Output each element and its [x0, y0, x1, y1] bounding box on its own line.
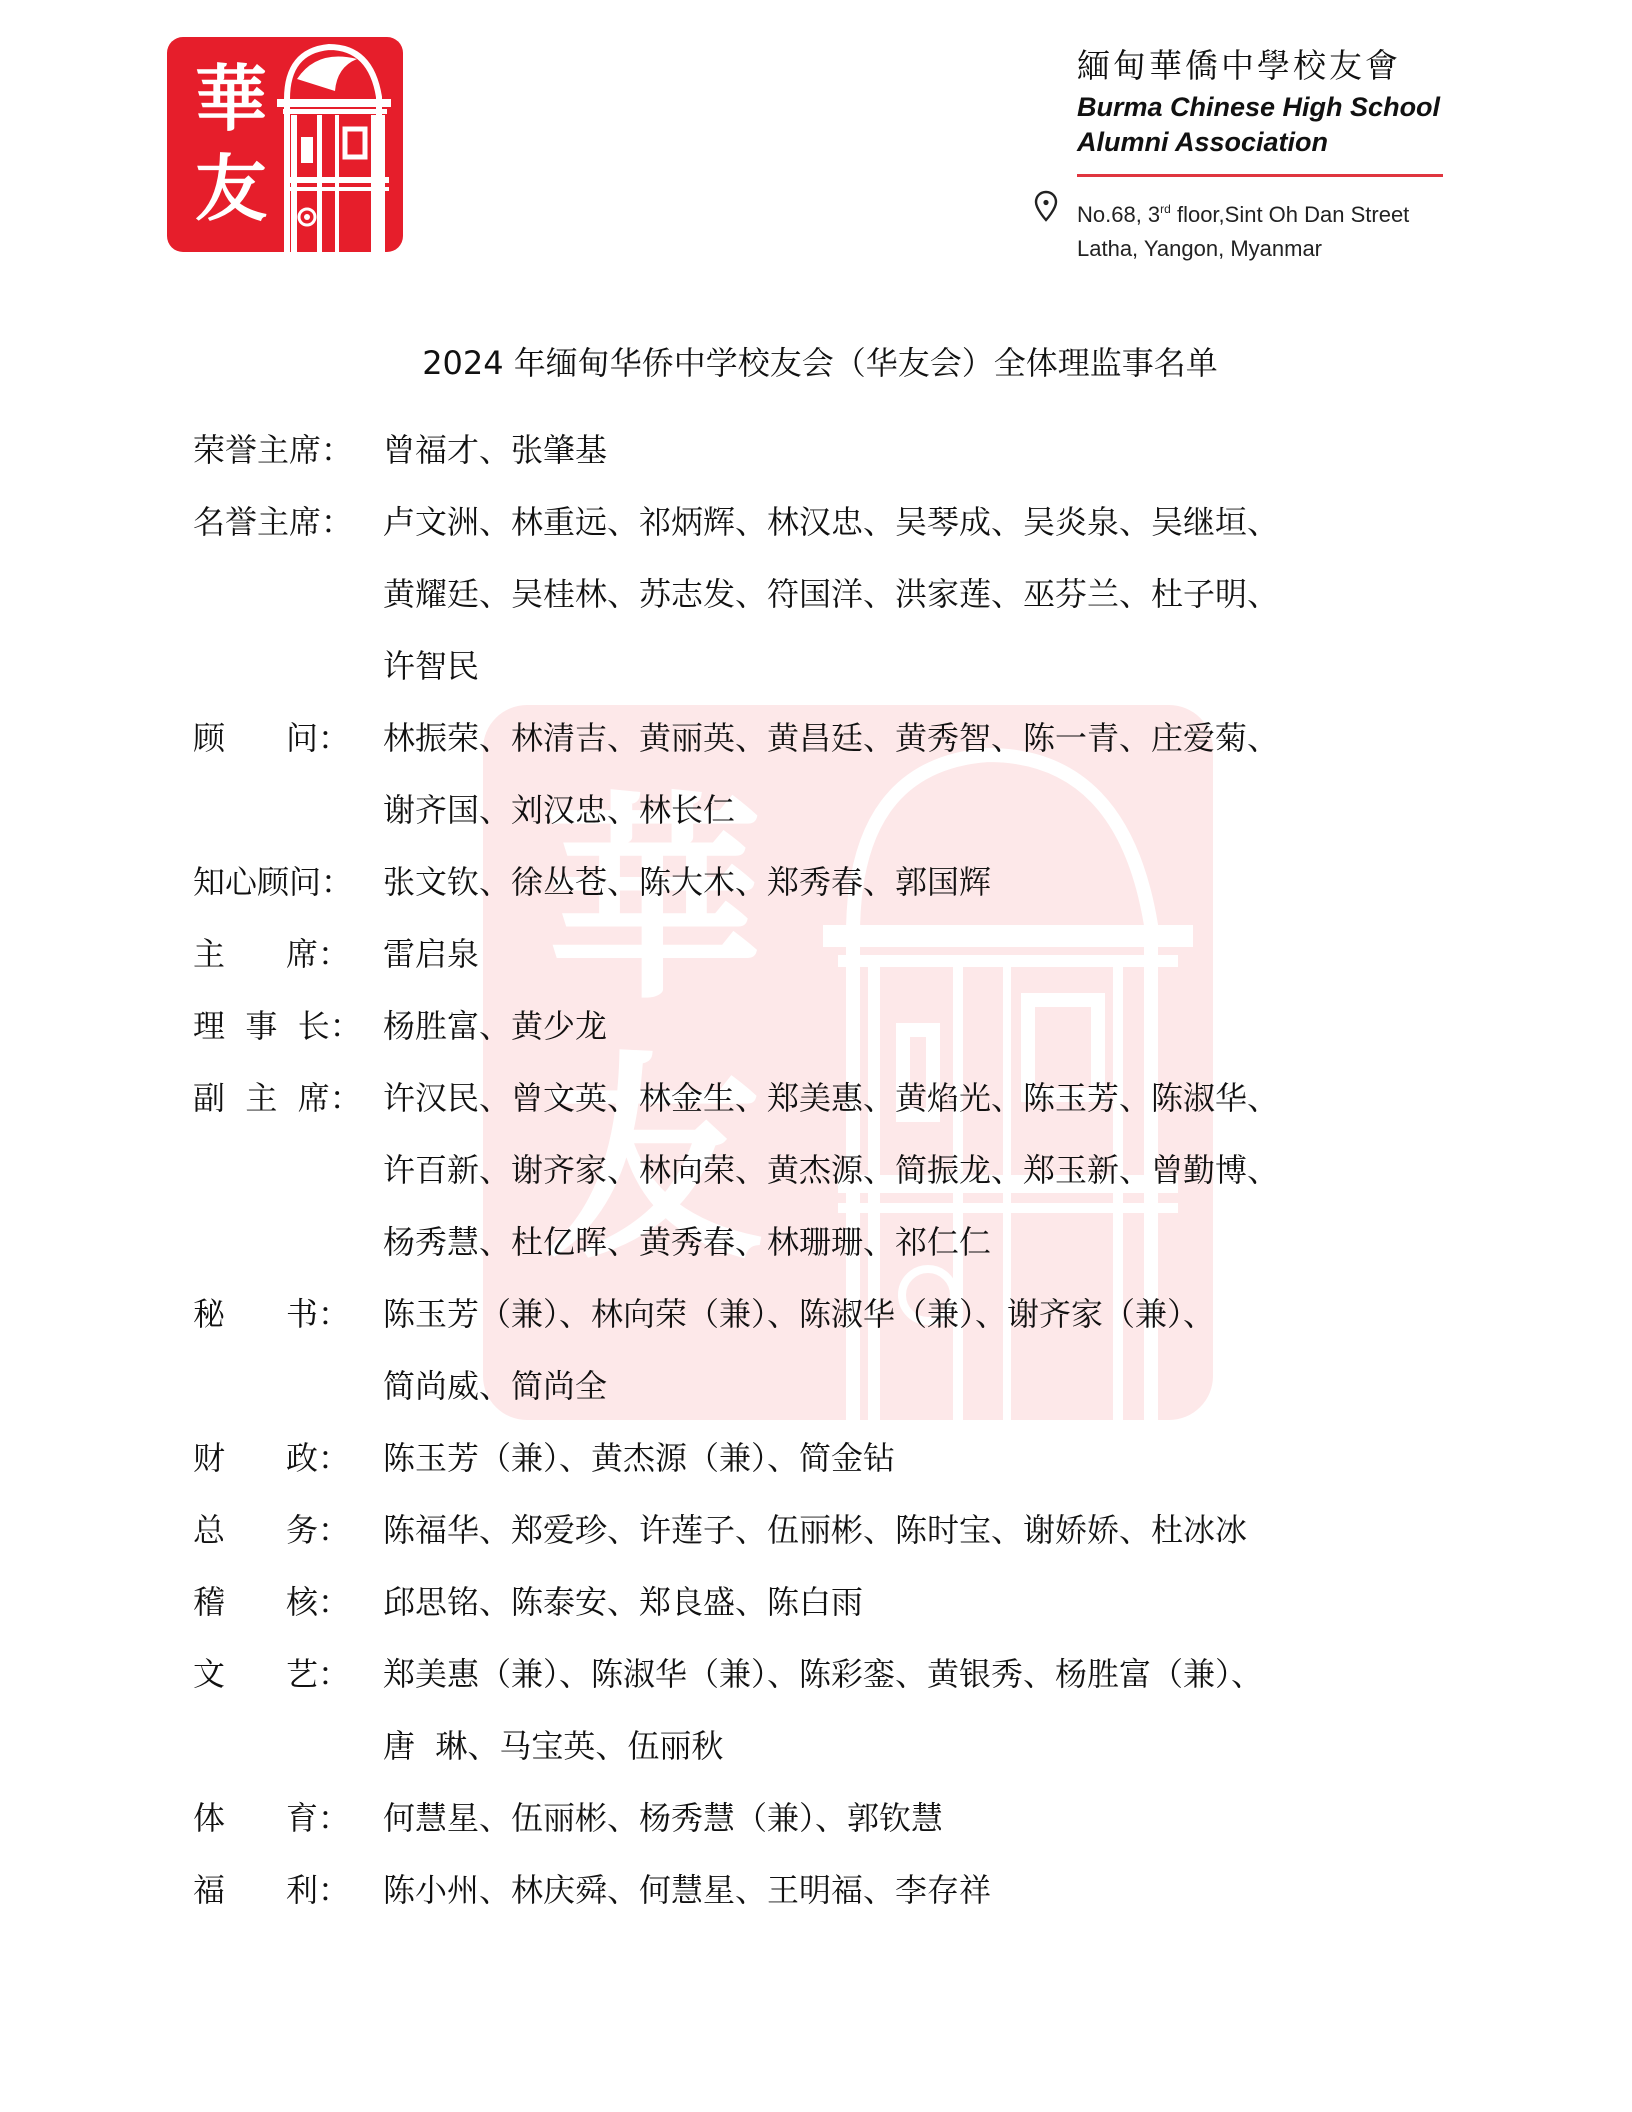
name-line: 谢齐国、刘汉忠、林长仁 [383, 774, 1453, 846]
role-label: 财 政： [193, 1422, 383, 1494]
name-line: 唐 琳、马宝英、伍丽秋 [383, 1710, 1453, 1782]
role-group: 体 育： 何慧星、伍丽彬、杨秀慧（兼）、郭钦慧 [193, 1782, 1453, 1854]
role-group: 稽 核： 邱思铭、陈泰安、郑良盛、陈白雨 [193, 1566, 1453, 1638]
name-line: 许智民 [383, 630, 1453, 702]
name-line: 张文钦、徐丛苍、陈大木、郑秀春、郭国辉 [383, 846, 1453, 918]
name-line: 许百新、谢齐家、林向荣、黄杰源、简振龙、郑玉新、曾勤博、 [383, 1134, 1453, 1206]
role-names: 陈小州、林庆舜、何慧星、王明福、李存祥 [383, 1854, 1453, 1926]
role-names: 杨胜富、黄少龙 [383, 990, 1453, 1062]
role-group: 秘 书： 陈玉芳（兼）、林向荣（兼）、陈淑华（兼）、谢齐家（兼）、简尚威、简尚全 [193, 1278, 1453, 1422]
name-line: 曾福才、张肇基 [383, 414, 1453, 486]
name-line: 杨秀慧、杜亿晖、黄秀春、林珊珊、祁仁仁 [383, 1206, 1453, 1278]
role-group: 副 主 席： 许汉民、曾文英、林金生、郑美惠、黄焰光、陈玉芳、陈淑华、许百新、谢… [193, 1062, 1453, 1278]
roster: 荣誉主席： 曾福才、张肇基 名誉主席： 卢文洲、林重远、祁炳辉、林汉忠、吴琴成、… [193, 414, 1453, 1926]
org-name-chinese: 緬甸華僑中學校友會 [1077, 42, 1447, 90]
role-label: 福 利： [193, 1854, 383, 1926]
role-group: 知心顾问： 张文钦、徐丛苍、陈大木、郑秀春、郭国辉 [193, 846, 1453, 918]
logo-char-you: 友 [185, 149, 277, 229]
role-names: 林振荣、林清吉、黄丽英、黄昌廷、黄秀智、陈一青、庄爱菊、谢齐国、刘汉忠、林长仁 [383, 702, 1453, 846]
role-label: 主 席： [193, 918, 383, 990]
role-names: 陈玉芳（兼）、黄杰源（兼）、简金钻 [383, 1422, 1453, 1494]
name-line: 陈福华、郑爱珍、许莲子、伍丽彬、陈时宝、谢娇娇、杜冰冰 [383, 1494, 1453, 1566]
name-line: 何慧星、伍丽彬、杨秀慧（兼）、郭钦慧 [383, 1782, 1453, 1854]
role-names: 陈福华、郑爱珍、许莲子、伍丽彬、陈时宝、谢娇娇、杜冰冰 [383, 1494, 1453, 1566]
role-group: 财 政： 陈玉芳（兼）、黄杰源（兼）、简金钻 [193, 1422, 1453, 1494]
map-pin-icon [1033, 190, 1059, 222]
role-group: 主 席： 雷启泉 [193, 918, 1453, 990]
logo-char-hua: 華 [185, 59, 277, 139]
role-label: 顾 问： [193, 702, 383, 846]
org-name-english-line1: Burma Chinese High School [1077, 90, 1447, 125]
role-group: 文 艺： 郑美惠（兼）、陈淑华（兼）、陈彩銮、黄银秀、杨胜富（兼）、唐 琳、马宝… [193, 1638, 1453, 1782]
role-names: 张文钦、徐丛苍、陈大木、郑秀春、郭国辉 [383, 846, 1453, 918]
role-group: 荣誉主席： 曾福才、张肇基 [193, 414, 1453, 486]
document-title: 2024 年缅甸华侨中学校友会（华友会）全体理监事名单 [0, 342, 1632, 384]
role-group: 总 务： 陈福华、郑爱珍、许莲子、伍丽彬、陈时宝、谢娇娇、杜冰冰 [193, 1494, 1453, 1566]
name-line: 邱思铭、陈泰安、郑良盛、陈白雨 [383, 1566, 1453, 1638]
name-line: 简尚威、简尚全 [383, 1350, 1453, 1422]
role-label: 荣誉主席： [193, 414, 383, 486]
role-group: 福 利： 陈小州、林庆舜、何慧星、王明福、李存祥 [193, 1854, 1453, 1926]
logo: 華 友 [167, 37, 403, 252]
role-names: 雷启泉 [383, 918, 1453, 990]
address: No.68, 3rd floor,Sint Oh Dan Street Lath… [1077, 192, 1409, 266]
role-label: 文 艺： [193, 1638, 383, 1782]
role-names: 何慧星、伍丽彬、杨秀慧（兼）、郭钦慧 [383, 1782, 1453, 1854]
role-names: 许汉民、曾文英、林金生、郑美惠、黄焰光、陈玉芳、陈淑华、许百新、谢齐家、林向荣、… [383, 1062, 1453, 1278]
address-line1: No.68, 3rd floor,Sint Oh Dan Street [1077, 192, 1409, 232]
name-line: 陈玉芳（兼）、林向荣（兼）、陈淑华（兼）、谢齐家（兼）、 [383, 1278, 1453, 1350]
name-line: 许汉民、曾文英、林金生、郑美惠、黄焰光、陈玉芳、陈淑华、 [383, 1062, 1453, 1134]
role-label: 名誉主席： [193, 486, 383, 702]
role-label: 体 育： [193, 1782, 383, 1854]
name-line: 陈小州、林庆舜、何慧星、王明福、李存祥 [383, 1854, 1453, 1926]
name-line: 郑美惠（兼）、陈淑华（兼）、陈彩銮、黄银秀、杨胜富（兼）、 [383, 1638, 1453, 1710]
role-label: 知心顾问： [193, 846, 383, 918]
org-name-english-line2: Alumni Association [1077, 125, 1447, 160]
role-label: 理 事 长： [193, 990, 383, 1062]
role-group: 名誉主席： 卢文洲、林重远、祁炳辉、林汉忠、吴琴成、吴炎泉、吴继垣、黄耀廷、吴桂… [193, 486, 1453, 702]
organization-name: 緬甸華僑中學校友會 Burma Chinese High School Alum… [1077, 42, 1447, 160]
name-line: 雷启泉 [383, 918, 1453, 990]
role-group: 理 事 长： 杨胜富、黄少龙 [193, 990, 1453, 1062]
name-line: 陈玉芳（兼）、黄杰源（兼）、简金钻 [383, 1422, 1453, 1494]
role-label: 总 务： [193, 1494, 383, 1566]
role-label: 稽 核： [193, 1566, 383, 1638]
name-line: 黄耀廷、吴桂林、苏志发、符国洋、洪家莲、巫芬兰、杜子明、 [383, 558, 1453, 630]
role-names: 曾福才、张肇基 [383, 414, 1453, 486]
name-line: 林振荣、林清吉、黄丽英、黄昌廷、黄秀智、陈一青、庄爱菊、 [383, 702, 1453, 774]
role-names: 郑美惠（兼）、陈淑华（兼）、陈彩銮、黄银秀、杨胜富（兼）、唐 琳、马宝英、伍丽秋 [383, 1638, 1453, 1782]
role-names: 邱思铭、陈泰安、郑良盛、陈白雨 [383, 1566, 1453, 1638]
role-group: 顾 问： 林振荣、林清吉、黄丽英、黄昌廷、黄秀智、陈一青、庄爱菊、谢齐国、刘汉忠… [193, 702, 1453, 846]
role-names: 卢文洲、林重远、祁炳辉、林汉忠、吴琴成、吴炎泉、吴继垣、黄耀廷、吴桂林、苏志发、… [383, 486, 1453, 702]
role-label: 秘 书： [193, 1278, 383, 1422]
role-label: 副 主 席： [193, 1062, 383, 1278]
name-line: 杨胜富、黄少龙 [383, 990, 1453, 1062]
address-line2: Latha, Yangon, Myanmar [1077, 232, 1409, 266]
role-names: 陈玉芳（兼）、林向荣（兼）、陈淑华（兼）、谢齐家（兼）、简尚威、简尚全 [383, 1278, 1453, 1422]
name-line: 卢文洲、林重远、祁炳辉、林汉忠、吴琴成、吴炎泉、吴继垣、 [383, 486, 1453, 558]
header-divider [1077, 174, 1443, 177]
